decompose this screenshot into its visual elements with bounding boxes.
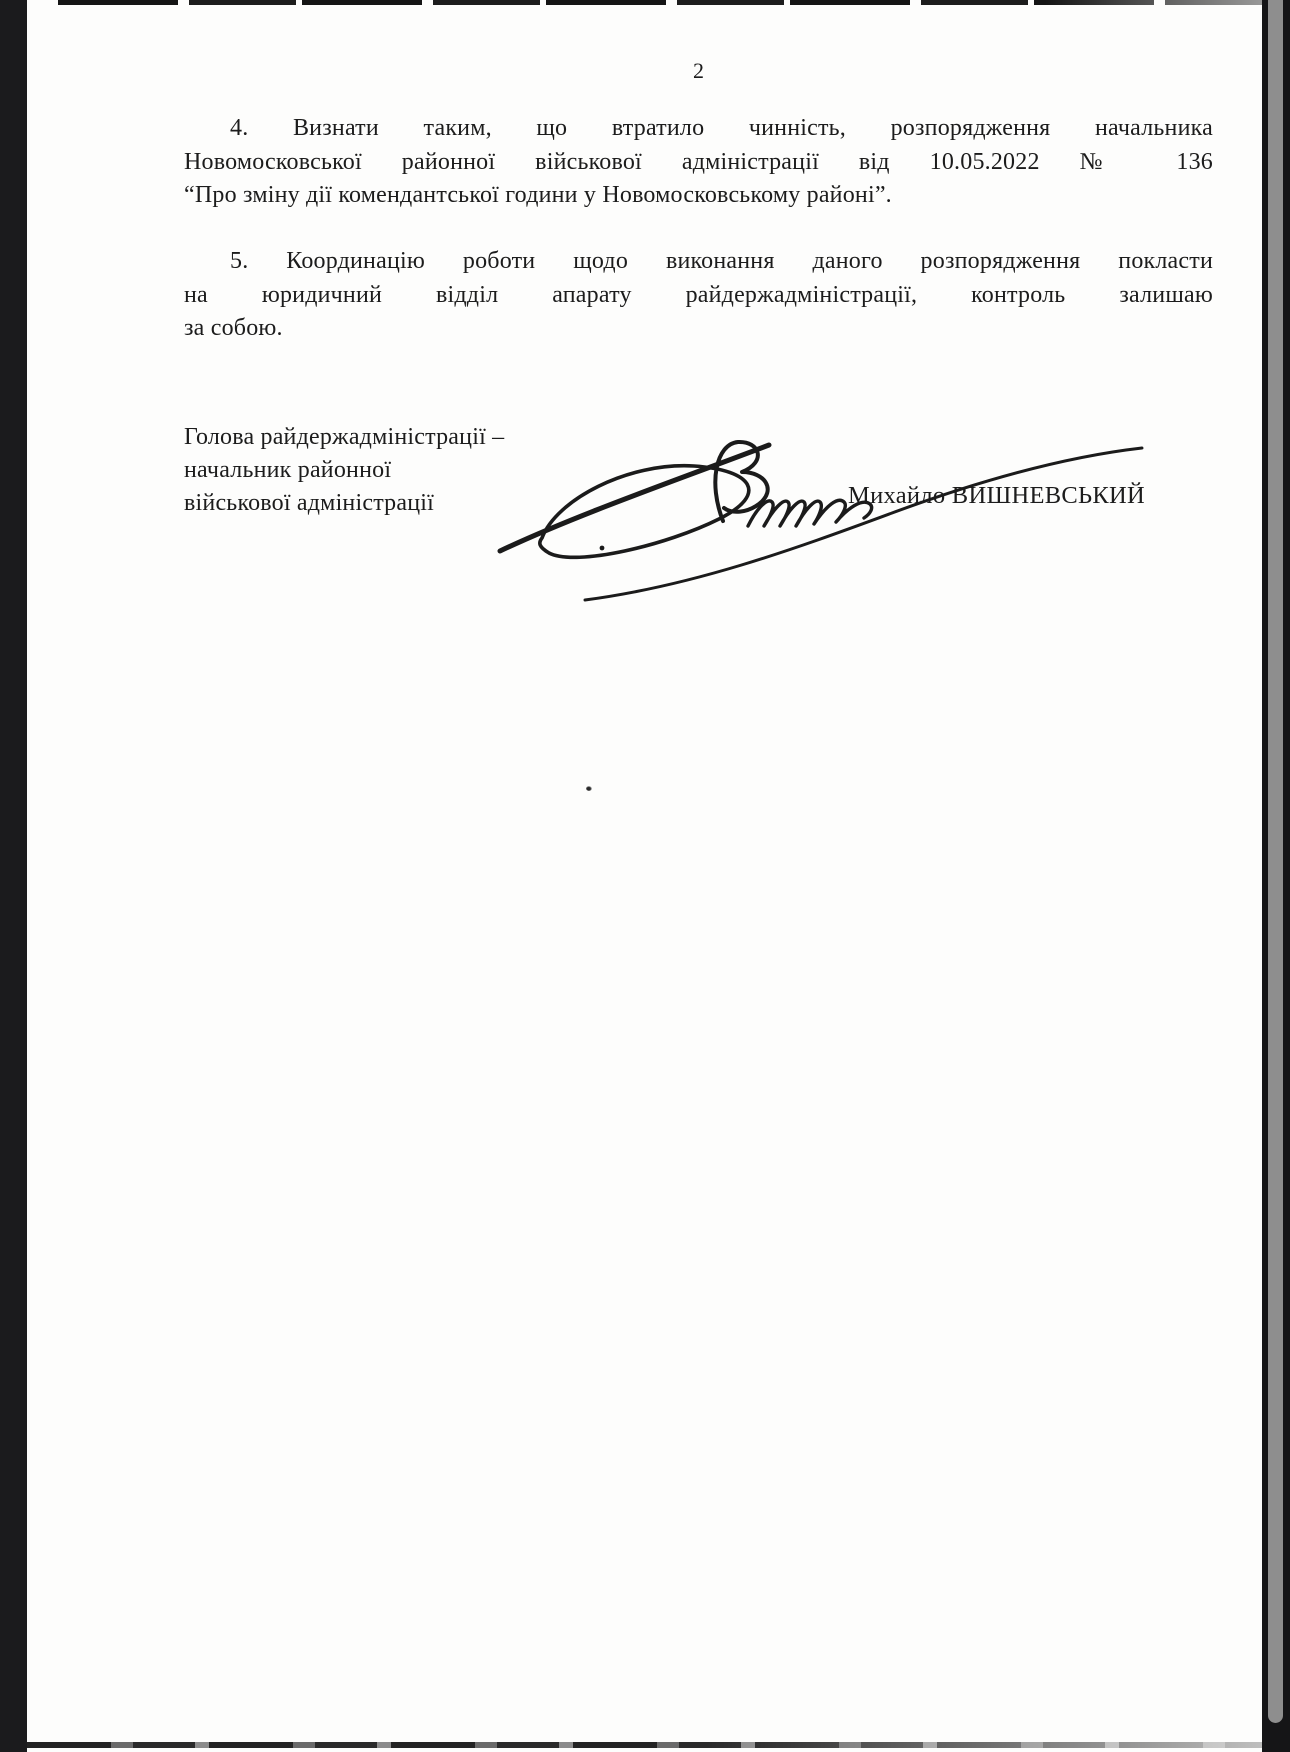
paragraph-5-line-1: 5. Координацію роботи щодо виконання дан… — [184, 245, 1213, 279]
paragraph-4-line-1: 4. Визнати таким, що втратило чинність, … — [184, 112, 1213, 146]
paragraph-4-line-2: Новомосковської районної військової адмі… — [184, 146, 1213, 180]
paragraph-5-line-3: за собою. — [184, 312, 1213, 346]
paragraph-5-line-2: на юридичний відділ апарату райдержадмін… — [184, 279, 1213, 313]
scrollbar-thumb[interactable] — [1268, 0, 1283, 1723]
ink-speck — [586, 786, 592, 791]
paragraph-4: 4. Визнати таким, що втратило чинність, … — [184, 112, 1213, 213]
paragraph-4-line-3: “Про зміну дії комендантської години у Н… — [184, 179, 1213, 213]
scan-edge-top — [58, 0, 1262, 5]
handwritten-signature-icon — [470, 420, 1160, 615]
scan-edge-left — [0, 0, 27, 1752]
scan-edge-bottom — [27, 1742, 1262, 1748]
page-number: 2 — [184, 58, 1213, 84]
scrollbar-track — [1262, 0, 1290, 1752]
scanned-document-page: 2 4. Визнати таким, що втратило чинність… — [0, 0, 1290, 1752]
paragraph-5: 5. Координацію роботи щодо виконання дан… — [184, 245, 1213, 346]
